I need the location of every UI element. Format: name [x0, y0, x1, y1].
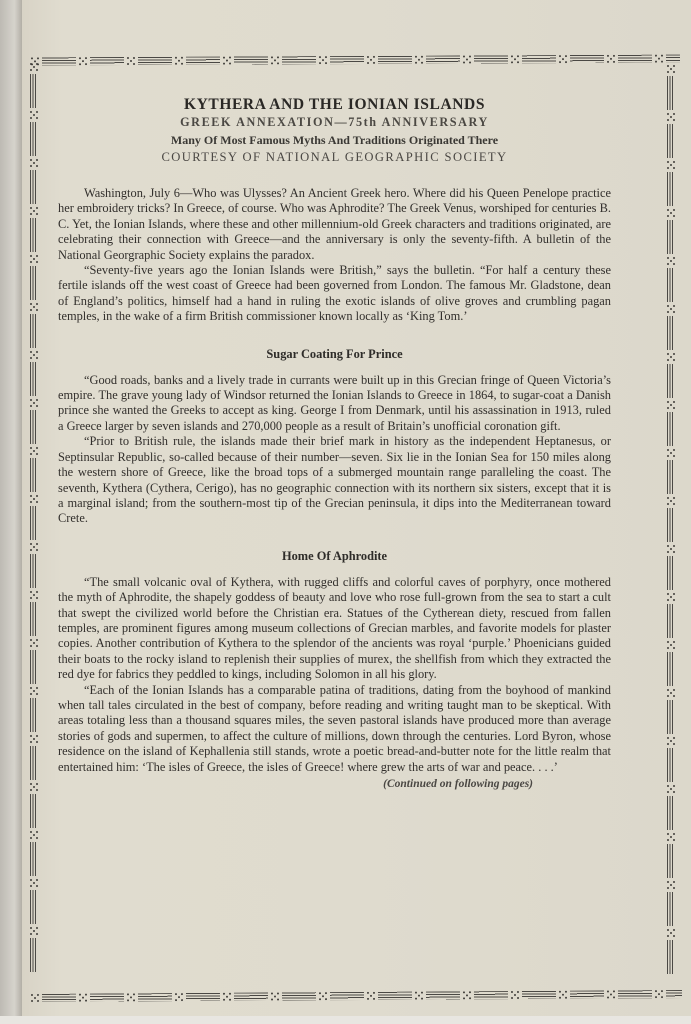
border-dot-ornament [29, 110, 39, 120]
border-line-ornament [330, 56, 364, 64]
border-line-ornament [186, 57, 220, 65]
border-line-ornament [618, 55, 652, 63]
border-dot-ornament [174, 992, 184, 1002]
border-line-ornament [522, 55, 556, 63]
border-line-ornament [667, 604, 675, 638]
border-dot-ornament [29, 446, 39, 456]
border-line-ornament [667, 172, 675, 206]
border-line-ornament [282, 56, 316, 64]
border-line-ornament [282, 992, 316, 1000]
article: KYTHERA AND THE IONIAN ISLANDS GREEK ANN… [58, 96, 611, 790]
article-deck: Many Of Most Famous Myths And Traditions… [58, 133, 611, 148]
border-dot-ornament [510, 990, 520, 1000]
border-line-ornament [30, 938, 38, 972]
border-dot-ornament [29, 158, 39, 168]
paragraph: Washington, July 6—Who was Ulysses? An A… [58, 186, 611, 263]
border-dot-ornament [558, 990, 568, 1000]
section-heading: Sugar Coating For Prince [58, 347, 611, 362]
border-line-ornament [667, 508, 675, 542]
border-line-ornament [330, 992, 364, 1000]
continued-note: (Continued on following pages) [58, 778, 611, 790]
border-dot-ornament [654, 54, 664, 64]
border-dot-ornament [126, 992, 136, 1002]
paragraph: “Seventy-five years ago the Ionian Islan… [58, 263, 611, 325]
border-line-ornament [474, 991, 508, 999]
border-dot-ornament [666, 256, 676, 266]
border-dot-ornament [666, 400, 676, 410]
border-dot-ornament [270, 991, 280, 1001]
border-dot-ornament [29, 206, 39, 216]
border-dot-ornament [666, 640, 676, 650]
border-line-ornament [667, 364, 675, 398]
border-dot-ornament [29, 398, 39, 408]
border-line-ornament [30, 218, 38, 252]
border-dot-ornament [29, 590, 39, 600]
border-dot-ornament [222, 992, 232, 1002]
border-line-ornament [42, 994, 76, 1002]
border-line-ornament [138, 57, 172, 65]
border-line-ornament [30, 794, 38, 828]
border-dot-ornament [414, 55, 424, 65]
border-line-ornament [667, 652, 675, 686]
border-line-ornament [30, 602, 38, 636]
border-line-ornament [30, 410, 38, 444]
border-dot-ornament [222, 56, 232, 66]
border-line-ornament [42, 57, 76, 65]
paragraph: “The small volcanic oval of Kythera, wit… [58, 575, 611, 683]
border-dot-ornament [414, 991, 424, 1001]
border-line-ornament [667, 940, 675, 974]
border-line-ornament [667, 220, 675, 254]
border-line-ornament [378, 992, 412, 1000]
border-dot-ornament [29, 494, 39, 504]
border-line-ornament [666, 54, 680, 62]
border-line-ornament [30, 122, 38, 156]
border-dot-ornament [29, 686, 39, 696]
border-line-ornament [186, 993, 220, 1001]
border-line-ornament [90, 993, 124, 1001]
section-heading: Home Of Aphrodite [58, 549, 611, 564]
border-dot-ornament [174, 56, 184, 66]
border-dot-ornament [666, 304, 676, 314]
border-dot-ornament [666, 208, 676, 218]
border-line-ornament [666, 990, 682, 998]
border-line-ornament [30, 170, 38, 204]
border-line-ornament [667, 844, 675, 878]
border-dot-ornament [29, 830, 39, 840]
border-line-ornament [234, 56, 268, 64]
border-dot-ornament [666, 64, 676, 74]
border-dot-ornament [666, 736, 676, 746]
border-line-ornament [30, 842, 38, 876]
decorative-border-right [665, 64, 677, 988]
border-dot-ornament [666, 688, 676, 698]
border-dot-ornament [666, 496, 676, 506]
border-dot-ornament [666, 880, 676, 890]
border-dot-ornament [462, 54, 472, 64]
border-line-ornament [30, 74, 38, 108]
paragraph: “Each of the Ionian Islands has a compar… [58, 683, 611, 775]
border-line-ornament [30, 266, 38, 300]
border-dot-ornament [654, 989, 664, 999]
border-line-ornament [30, 698, 38, 732]
border-line-ornament [667, 76, 675, 110]
border-line-ornament [667, 316, 675, 350]
border-line-ornament [667, 460, 675, 494]
border-line-ornament [426, 991, 460, 999]
border-dot-ornament [126, 56, 136, 66]
border-dot-ornament [462, 990, 472, 1000]
border-dot-ornament [78, 56, 88, 66]
border-line-ornament [30, 506, 38, 540]
border-line-ornament [378, 56, 412, 64]
border-line-ornament [30, 362, 38, 396]
border-dot-ornament [666, 592, 676, 602]
border-dot-ornament [318, 55, 328, 65]
border-dot-ornament [29, 926, 39, 936]
paragraph: “Prior to British rule, the islands made… [58, 434, 611, 526]
border-dot-ornament [606, 54, 616, 64]
border-line-ornament [426, 56, 460, 64]
border-dot-ornament [270, 55, 280, 65]
border-dot-ornament [366, 55, 376, 65]
border-dot-ornament [558, 54, 568, 64]
border-dot-ornament [29, 302, 39, 312]
border-dot-ornament [29, 782, 39, 792]
decorative-border-left [28, 62, 40, 990]
border-line-ornament [474, 55, 508, 63]
border-line-ornament [667, 748, 675, 782]
page-bottom-edge [0, 1016, 691, 1024]
border-dot-ornament [366, 991, 376, 1001]
border-line-ornament [667, 412, 675, 446]
border-dot-ornament [510, 54, 520, 64]
border-line-ornament [570, 990, 604, 998]
border-dot-ornament [29, 638, 39, 648]
border-line-ornament [30, 458, 38, 492]
border-dot-ornament [666, 448, 676, 458]
border-line-ornament [667, 268, 675, 302]
border-dot-ornament [29, 62, 39, 72]
article-credit: COURTESY OF NATIONAL GEOGRAPHIC SOCIETY [58, 150, 611, 165]
border-line-ornament [667, 796, 675, 830]
border-dot-ornament [666, 160, 676, 170]
border-line-ornament [667, 700, 675, 734]
border-line-ornament [30, 746, 38, 780]
border-dot-ornament [29, 878, 39, 888]
facing-page-edge [0, 0, 24, 1024]
border-dot-ornament [29, 350, 39, 360]
border-dot-ornament [29, 542, 39, 552]
border-dot-ornament [78, 993, 88, 1003]
border-dot-ornament [666, 928, 676, 938]
border-line-ornament [570, 55, 604, 63]
border-line-ornament [234, 993, 268, 1001]
border-line-ornament [30, 314, 38, 348]
border-line-ornament [522, 991, 556, 999]
border-dot-ornament [666, 112, 676, 122]
border-dot-ornament [666, 784, 676, 794]
border-line-ornament [667, 556, 675, 590]
border-dot-ornament [30, 993, 40, 1003]
border-line-ornament [30, 650, 38, 684]
article-title: KYTHERA AND THE IONIAN ISLANDS [58, 96, 611, 114]
border-dot-ornament [666, 832, 676, 842]
paragraph: “Good roads, banks and a lively trade in… [58, 373, 611, 435]
border-dot-ornament [666, 544, 676, 554]
border-line-ornament [138, 993, 172, 1001]
border-line-ornament [618, 990, 652, 998]
border-dot-ornament [318, 991, 328, 1001]
border-dot-ornament [666, 352, 676, 362]
border-dot-ornament [29, 254, 39, 264]
border-line-ornament [667, 124, 675, 158]
border-dot-ornament [29, 734, 39, 744]
article-subtitle: GREEK ANNEXATION—75th ANNIVERSARY [58, 115, 611, 130]
border-dot-ornament [606, 989, 616, 999]
border-line-ornament [30, 890, 38, 924]
border-line-ornament [30, 554, 38, 588]
border-line-ornament [90, 57, 124, 65]
border-line-ornament [667, 892, 675, 926]
